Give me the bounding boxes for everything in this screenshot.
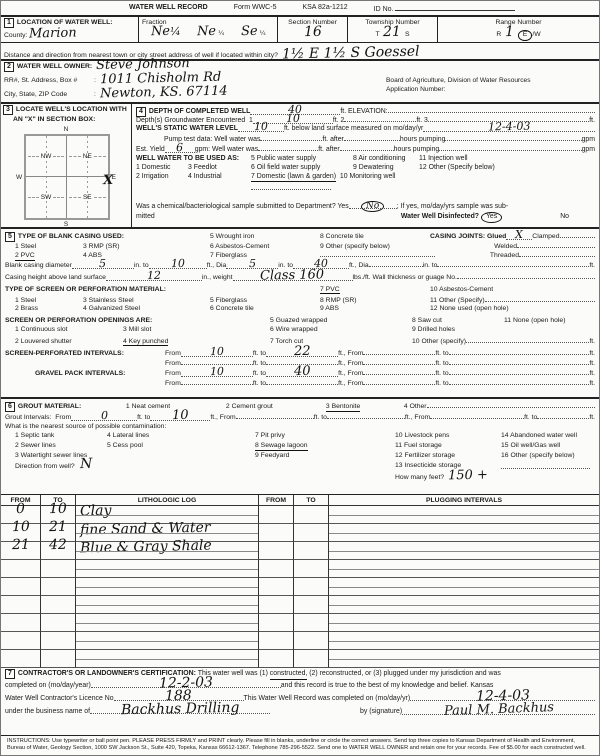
opening-6: 6 Wire wrapped — [270, 325, 412, 334]
record-completed-label: This Water Well Record was completed on … — [244, 694, 411, 703]
yield-label: Est. Yield — [136, 145, 165, 154]
casing-to-2: 40 — [314, 261, 328, 267]
owner-value: Steve Johnson — [96, 61, 190, 69]
opening-5: 5 Guazed wrapped — [270, 316, 412, 325]
use-option-9: 9 Dewatering — [353, 163, 417, 172]
plug-row-to — [294, 506, 329, 524]
plug-header-intervals: PLUGGING INTERVALS — [329, 495, 599, 506]
section-2-owner: 2WATER WELL OWNER: Steve Johnson RR#, St… — [1, 59, 599, 102]
how-many-feet-row: How many feet? 150 + — [395, 473, 595, 483]
yield-gpm-field — [439, 143, 581, 151]
business-name-label: under the business name of — [5, 707, 90, 716]
contamination-grid: 1 Septic tank 4 Lateral lines 7 Pit priv… — [5, 431, 595, 483]
board-block: Board of Agriculture, Division of Water … — [386, 62, 596, 101]
contam-14: 14 Abandoned water well — [501, 431, 595, 441]
distance-row: Distance and direction from nearest town… — [1, 42, 599, 59]
county-cell: 1LOCATION OF WATER WELL: County: Marion — [1, 17, 139, 42]
form-number: Form WWC-5 — [234, 3, 277, 14]
grout-from: 0 — [101, 413, 108, 419]
material-12: 12 None used (open hole) — [430, 304, 509, 313]
opening-1: 1 Continuous slot — [5, 325, 123, 334]
casing-to-1: 10 — [171, 261, 185, 267]
grout-option-4: 4 Other — [404, 402, 427, 411]
constructed-underlined: constructed, — [270, 669, 308, 680]
use-option-8: 8 Air conditioning — [353, 154, 417, 163]
sample-question: Was a chemical/bacteriological sample su… — [136, 202, 349, 211]
screen-interval-from: 10 — [210, 349, 224, 355]
opening-8: 8 Saw cut — [412, 316, 504, 325]
plug-row-from — [259, 542, 294, 560]
contam-4: 4 Lateral lines — [107, 431, 255, 441]
signature-label: by (signature) — [360, 707, 402, 716]
use-options-2-4: 2 Irrigation4 Industrial — [136, 172, 249, 192]
plug-row-desc — [329, 506, 599, 524]
form-statute: KSA 82a-1212 — [302, 3, 347, 14]
section-4-well-data: 4 DEPTH OF COMPLETED WELL 40 ft. ELEVATI… — [132, 104, 599, 227]
grout-title: GROUT MATERIAL: — [18, 402, 126, 411]
well-x-mark: X — [103, 178, 113, 184]
contamination-question: What is the nearest source of possible c… — [5, 422, 166, 431]
casing-option-2-selected: 2 PVC — [5, 251, 83, 260]
static-level-date: 12-4-03 — [488, 123, 531, 130]
pump-gpm-field — [445, 133, 581, 141]
gravel-interval-from: 10 — [210, 369, 224, 375]
section-5-number: 5 — [5, 232, 15, 242]
plug-row-from — [259, 524, 294, 542]
contam-9: 9 Feedyard — [255, 451, 395, 461]
screen-intervals-label: SCREEN-PERFORATED INTERVALS: — [5, 349, 165, 358]
opening-9: 9 Drilled holes — [412, 325, 455, 334]
section-5-casing: 5TYPE OF BLANK CASING USED: 5 Wrought ir… — [1, 227, 599, 397]
blank-casing-label: Blank casing diameter — [5, 261, 72, 270]
owner-title: WATER WELL OWNER: — [17, 62, 92, 71]
contam-12: 12 Fertilizer storage — [395, 451, 501, 461]
casing-option-3: 3 RMP (SR) — [83, 242, 210, 251]
contam-1: 1 Septic tank — [15, 431, 107, 441]
contam-7: 7 Pit privy — [255, 431, 395, 441]
contam-11: 11 Fuel storage — [395, 441, 501, 451]
section-7-certification: 7 CONTRACTOR'S OR LANDOWNER'S CERTIFICAT… — [1, 667, 599, 735]
casing-option-5: 5 Wrought iron — [210, 232, 320, 241]
county-label: County: — [4, 31, 27, 40]
range-label: Range Number — [441, 18, 596, 27]
contam-16: 16 Other (specify below) — [501, 451, 595, 461]
disinfected-no: No — [560, 212, 569, 221]
plug-row-to — [294, 524, 329, 542]
application-number-label: Application Number: — [386, 85, 596, 94]
plug-header-to: TO — [294, 495, 329, 506]
board-label: Board of Agriculture, Division of Water … — [386, 76, 596, 85]
direction-label: Direction from well? — [15, 462, 75, 472]
section-2-number: 2 — [4, 62, 14, 72]
section-3-title-1: LOCATE WELL'S LOCATION WITH — [16, 105, 127, 114]
licence-number: 188 — [165, 693, 192, 700]
contam-8-selected: 8 Sewage lagoon — [255, 441, 395, 451]
material-6: 6 Concrete tile — [210, 304, 320, 313]
direction-value: N — [80, 461, 92, 467]
section-6-number: 6 — [5, 402, 15, 412]
licence-label: Water Well Contractor's Licence No — [5, 694, 114, 703]
section-number-value: 16 — [304, 29, 322, 35]
business-name: Backhus Drilling — [121, 705, 240, 713]
groundwater-1-value: 10 — [286, 116, 300, 122]
material-7-selected: 7 PVC — [320, 285, 430, 294]
casing-dia-1: 5 — [99, 261, 106, 267]
material-10: 10 Asbestos-Cement — [430, 285, 493, 294]
section-1-number: 1 — [4, 18, 14, 28]
grout-option-3-selected: 3 Bentonite — [326, 402, 404, 411]
use-options-1-3: 1 Domestic3 Feedlot — [136, 163, 249, 172]
quadrant-ne: NE — [67, 136, 108, 177]
depth-label: DEPTH OF COMPLETED WELL — [149, 107, 250, 116]
openings-title: SCREEN OR PERFORATION OPENINGS ARE: — [5, 316, 270, 325]
gravel-interval-to: 40 — [294, 369, 311, 375]
distance-value: 1½ E 1½ S Goessel — [282, 49, 420, 58]
contam-15: 15 Oil well/Gas well — [501, 441, 595, 451]
sample-question-cont: mitted — [136, 212, 155, 221]
use-option-12: 12 Other (Specify below) — [419, 163, 595, 172]
casing-weight-value: Class 160 — [260, 272, 324, 279]
disinfected-yes: Yes — [481, 212, 502, 223]
pump-after-field — [344, 133, 400, 141]
gravel-intervals-label: GRAVEL PACK INTERVALS: — [5, 369, 165, 378]
section-3-location-box: 3LOCATE WELL'S LOCATION WITH AN "X" IN S… — [1, 104, 132, 227]
fraction-cell: Fraction Ne¼ Ne ¼ Se ¼ — [139, 17, 278, 42]
use-option-7-selected: 7 Domestic (lawn & garden) 10 Monitoring… — [251, 172, 417, 192]
direction-row: Direction from well? N — [15, 461, 395, 471]
use-as-grid: WELL WATER TO BE USED AS: 5 Public water… — [136, 154, 595, 193]
static-level-date-field: 12-4-03 — [423, 124, 595, 132]
id-number-label: ID No. — [374, 3, 516, 14]
screen-material-title: TYPE OF SCREEN OR PERFORATION MATERIAL: — [5, 285, 320, 294]
groundwater-2-field — [344, 114, 416, 122]
city-label: City, State, ZIP Code — [4, 90, 94, 99]
address-value: 1011 Chisholm Rd — [100, 75, 221, 84]
city-value: Newton, KS. 67114 — [100, 89, 228, 98]
range-cell: Range Number R 1 E/W — [438, 17, 599, 42]
use-option-11: 11 Injection well — [419, 154, 595, 163]
section-number-cell: Section Number 16 — [278, 17, 348, 42]
yield-after-field — [340, 143, 394, 151]
joints-label: CASING JOINTS: Glued — [430, 232, 506, 241]
form-title: WATER WELL RECORD — [129, 3, 208, 14]
range-value: 1 — [505, 29, 514, 35]
contam-2: 2 Sewer lines — [15, 441, 107, 451]
casing-dia-2: 5 — [249, 261, 256, 267]
plug-row-from — [259, 506, 294, 524]
yield-value: 6 — [176, 144, 183, 150]
section-1-location: 1LOCATION OF WATER WELL: County: Marion … — [1, 15, 599, 42]
use-option-5: 5 Public water supply — [251, 154, 351, 163]
yield-depth-field — [258, 143, 318, 151]
section-6-grout: 6 GROUT MATERIAL: 1 Neat cement 2 Cement… — [1, 397, 599, 494]
disinfected-label: Water Well Disinfected? — [401, 212, 479, 221]
casing-option-7: 7 Fiberglass — [210, 251, 320, 260]
screen-interval-to: 22 — [294, 349, 311, 355]
fraction-1: Ne¼ — [151, 29, 181, 38]
township-cell: Township Number T 21 S — [348, 17, 438, 42]
opening-7: 7 Torch cut — [270, 337, 412, 346]
quadrant-nw: NW — [26, 136, 67, 177]
feet-label: How many feet? — [395, 473, 444, 483]
section-box: NW NE SW SE X — [24, 134, 110, 220]
pump-depth-field — [260, 133, 322, 141]
quadrant-se: SE — [67, 177, 108, 218]
use-option-6: 6 Oil field water supply — [251, 163, 351, 172]
joints-glued-x: X — [515, 232, 523, 238]
section-3-title-2: AN "X" IN SECTION BOX: — [3, 115, 129, 124]
plug-row-desc — [329, 542, 599, 560]
log-row-from: 21 — [1, 542, 41, 560]
address-label: RR#, St. Address, Box # — [4, 76, 94, 85]
casing-height-value: 12 — [147, 273, 161, 279]
casing-title: TYPE OF BLANK CASING USED: — [18, 233, 124, 240]
feet-value: 150 + — [448, 473, 488, 480]
grout-intervals-label: Grout Intervals: — [5, 413, 51, 422]
pump-test-label: Pump test data: — [136, 135, 212, 144]
grout-to: 10 — [172, 413, 189, 419]
elevation-field — [388, 105, 595, 113]
joints-welded: Welded — [494, 243, 517, 250]
static-level-field: 10 — [238, 124, 284, 132]
casing-option-6: 6 Asbestos-Cement — [210, 242, 320, 251]
opening-3: 3 Mill slot — [123, 325, 270, 334]
water-well-record-form: WATER WELL RECORD Form WWC-5 KSA 82a-121… — [0, 0, 600, 756]
lithologic-log-table: FROM TO LITHOLOGIC LOG FROM TO PLUGGING … — [1, 494, 599, 667]
material-2: 2 Brass — [5, 304, 83, 313]
casing-option-1: 1 Steel — [5, 242, 83, 251]
opening-2: 2 Louvered shutter — [5, 337, 123, 346]
use-as-label: WELL WATER TO BE USED AS: — [136, 154, 249, 163]
range-east-west: E/W — [518, 31, 541, 38]
completed-date: 12-2-03 — [159, 679, 213, 686]
form-header: WATER WELL RECORD Form WWC-5 KSA 82a-121… — [1, 1, 599, 15]
section-3-number: 3 — [3, 105, 13, 115]
section-7-number: 7 — [5, 669, 15, 679]
plug-row-desc — [329, 524, 599, 542]
section-compass: N W NW NE SW SE X E S — [16, 125, 116, 229]
material-4: 4 Galvanized Steel — [83, 304, 210, 313]
log-row-to: 42 — [41, 542, 76, 560]
contam-10: 10 Livestock pens — [395, 431, 501, 441]
township-value: 21 — [383, 29, 401, 35]
compass-south: S — [16, 220, 116, 229]
quadrant-sw: SW — [26, 177, 67, 218]
plug-row-to — [294, 542, 329, 560]
fraction-3: Se ¼ — [241, 29, 265, 38]
sample-answer-no: No — [361, 201, 385, 212]
opening-10: 10 Other (specify) — [412, 337, 466, 346]
county-value: Marion — [29, 31, 77, 38]
contam-3: 3 Watertight sewer lines — [15, 451, 255, 461]
compass-north: N — [16, 125, 116, 134]
static-level-value: 10 — [254, 124, 268, 130]
opening-11: 11 None (open hole) — [504, 316, 565, 325]
compass-west: W — [16, 173, 22, 182]
fraction-2: Ne ¼ — [197, 29, 224, 38]
signature: Paul M. Backhus — [444, 705, 554, 715]
static-level-label: WELL'S STATIC WATER LEVEL — [136, 124, 238, 133]
plug-header-from: FROM — [259, 495, 294, 506]
casing-height-label: Casing height above land surface — [5, 273, 106, 282]
instructions-text: INSTRUCTIONS: Use typewriter or ball poi… — [1, 735, 599, 753]
casing-option-8: 8 Concrete tile — [320, 232, 430, 241]
log-row-desc: Blue & Gray Shale — [76, 542, 259, 560]
grout-option-2: 2 Cement grout — [226, 402, 326, 411]
contam-5: 5 Cess pool — [107, 441, 255, 451]
yield-field: 6 — [165, 145, 195, 153]
opening-4-selected: 4 Key punched — [123, 337, 270, 346]
id-number-field — [395, 3, 515, 11]
material-9: 9 ABS — [320, 304, 430, 313]
record-completed-date: 12-4-03 — [476, 692, 530, 699]
completed-on-label: completed on (mo/day/year) — [5, 681, 91, 690]
